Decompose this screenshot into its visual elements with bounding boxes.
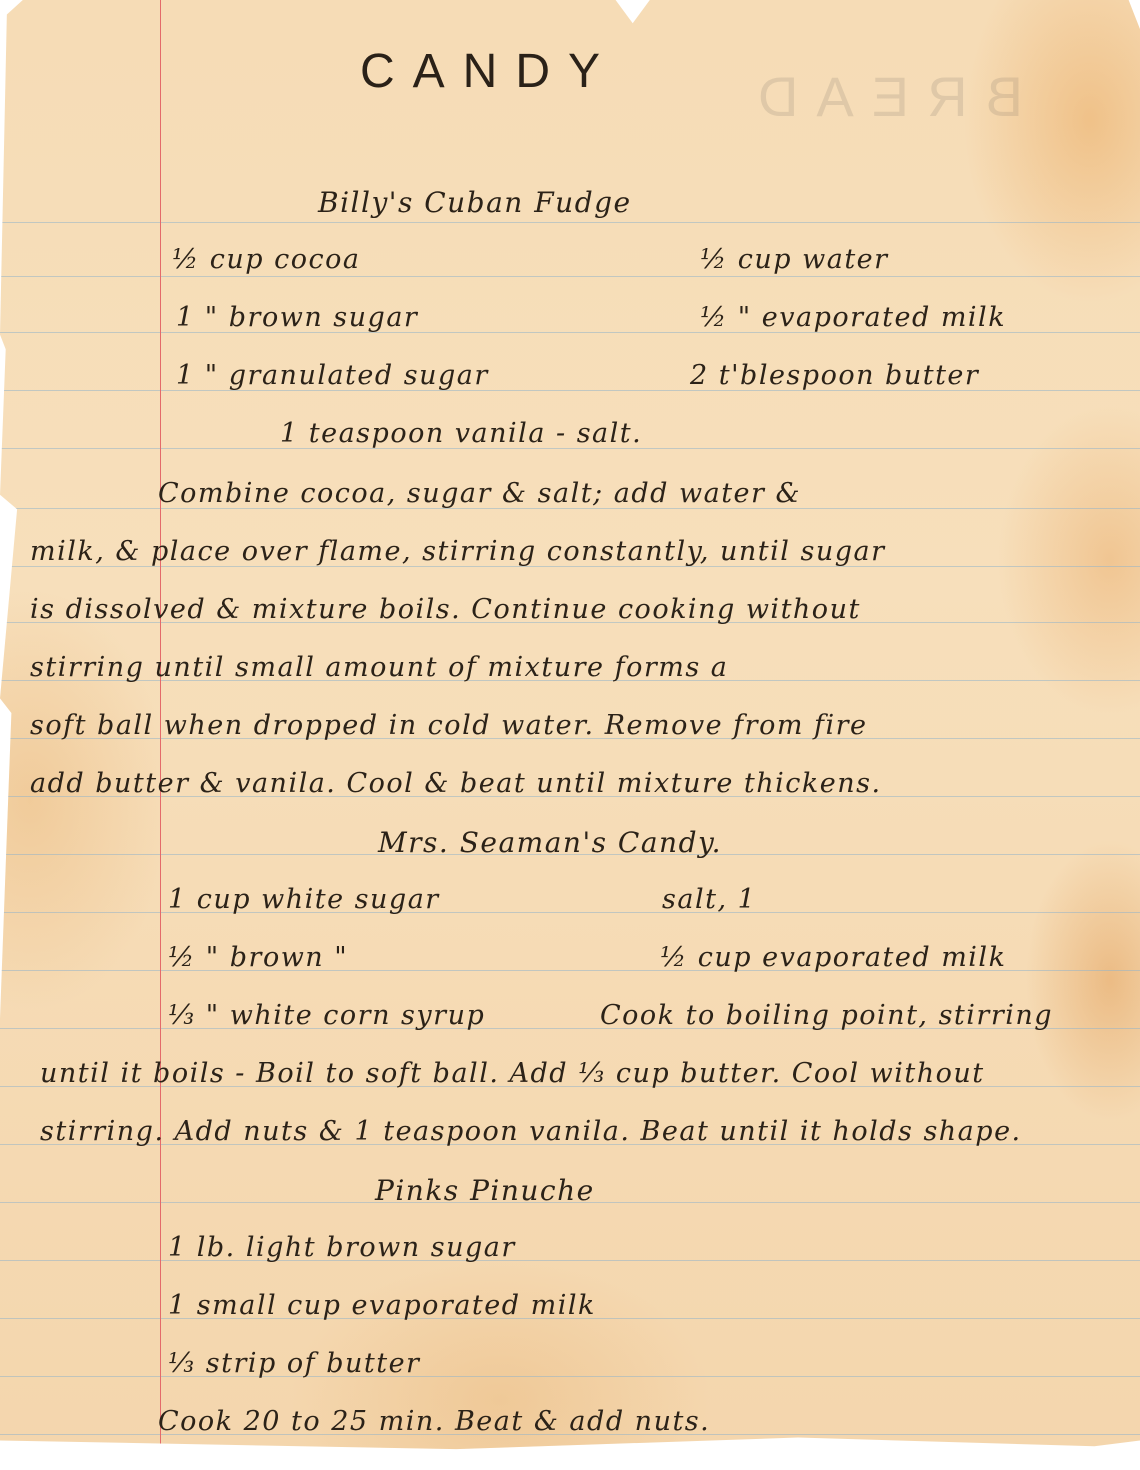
ingredient: 1 lb. light brown sugar (168, 1232, 516, 1263)
instruction-line: add butter & vanila. Cool & beat until m… (30, 768, 882, 799)
recipe-title: Pinks Pinuche (375, 1174, 595, 1207)
bleed-through-text: BREAD (740, 64, 1023, 129)
instruction-line: Combine cocoa, sugar & salt; add water & (158, 478, 801, 509)
instruction-line: Cook to boiling point, stirring (600, 1000, 1053, 1031)
instruction-line: until it boils - Boil to soft ball. Add … (40, 1058, 985, 1089)
ingredient: ½ cup evaporated milk (660, 942, 1006, 973)
instruction-line: soft ball when dropped in cold water. Re… (30, 710, 868, 741)
instruction-line: milk, & place over flame, stirring const… (30, 536, 886, 567)
notebook-page: BREAD CANDY Billy's Cuban Fudge ½ cup co… (0, 0, 1140, 1455)
ingredient: 1 teaspoon vanila - salt. (280, 418, 642, 449)
page-title: CANDY (360, 44, 618, 99)
ingredient: ½ " evaporated milk (700, 302, 1006, 333)
ingredient: ½ cup water (700, 244, 889, 275)
rule-line (0, 276, 1140, 277)
ingredient: ⅓ " white corn syrup (168, 1000, 485, 1031)
recipe-title: Mrs. Seaman's Candy. (378, 826, 722, 859)
ingredient: 1 " brown sugar (176, 302, 418, 333)
instruction-line: Cook 20 to 25 min. Beat & add nuts. (158, 1406, 710, 1437)
rule-line (0, 222, 1140, 223)
ingredient: 1 small cup evaporated milk (168, 1290, 596, 1321)
ingredient: ½ " brown " (168, 942, 348, 973)
ingredient: 1 " granulated sugar (176, 360, 489, 391)
instruction-line: stirring. Add nuts & 1 teaspoon vanila. … (40, 1116, 1022, 1147)
instruction-line: is dissolved & mixture boils. Continue c… (30, 594, 861, 625)
instruction-line: stirring until small amount of mixture f… (30, 652, 728, 683)
ingredient: salt, 1 (662, 884, 756, 915)
ingredient: 2 t'blespoon butter (690, 360, 979, 391)
recipe-title: Billy's Cuban Fudge (318, 186, 632, 219)
ingredient: ⅓ strip of butter (168, 1348, 420, 1379)
ingredient: 1 cup white sugar (168, 884, 440, 915)
ingredient: ½ cup cocoa (172, 244, 360, 275)
